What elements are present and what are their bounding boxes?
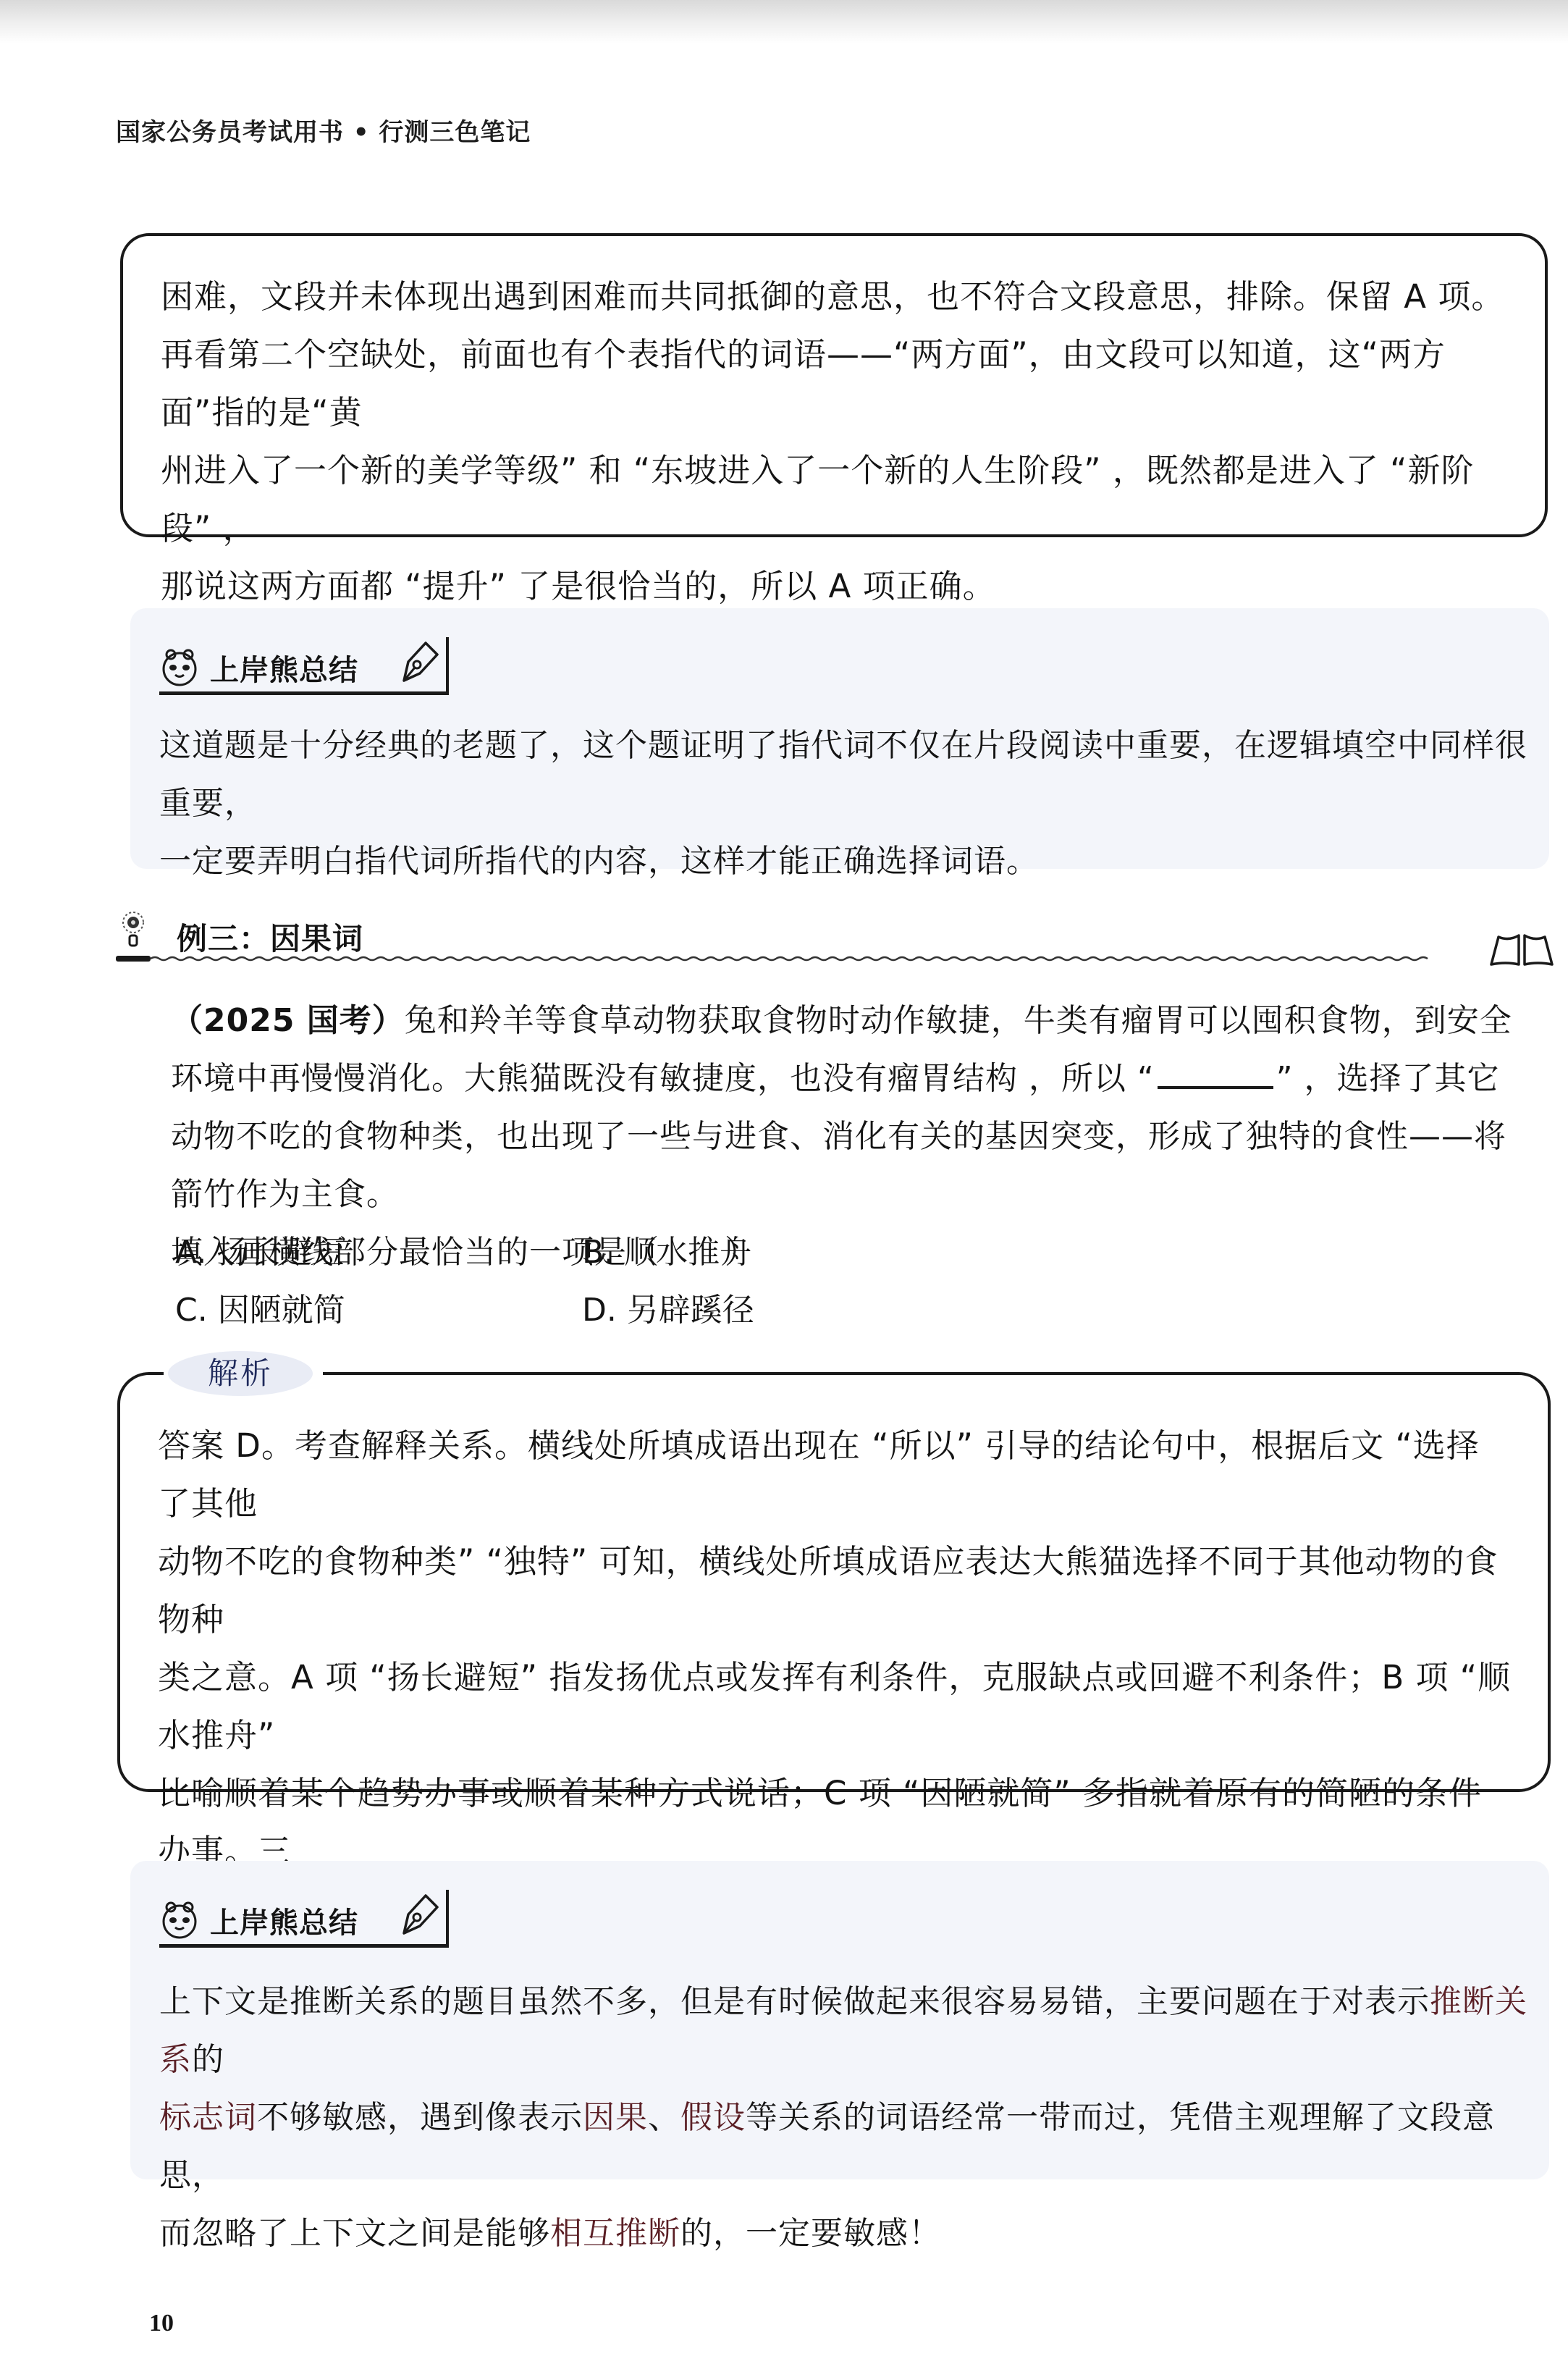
example-title: 例三：因果词 <box>177 915 363 959</box>
wavy-divider <box>116 953 1499 964</box>
summary-text: 一定要弄明白指代词所指代的内容，这样才能正确选择词语。 <box>159 843 1039 880</box>
option-b: B. 顺水推舟 <box>582 1224 751 1282</box>
analysis-line: 类之意。A 项 “扬长避短” 指发扬优点或发挥有利条件，克服缺点或回避不利条件；… <box>158 1649 1512 1765</box>
summary-title: 上岸熊总结 <box>210 1900 358 1941</box>
option-d: D. 另辟蹊径 <box>582 1282 754 1339</box>
summary-line: 标志词不够敏感，遇到像表示因果、假设等关系的词语经常一带而过，凭借主观理解了文段… <box>159 2089 1535 2205</box>
summary-title-bar: 上岸熊总结 <box>159 1890 449 1948</box>
highlighted-term: 假设 <box>680 2099 746 2136</box>
analysis-line: 动物不吃的食物种类” “独特” 可知，横线处所填成语应表达大熊猫选择不同于其他动… <box>158 1533 1512 1649</box>
fountain-pen-icon <box>398 1891 442 1936</box>
summary-text: 的 <box>192 2041 224 2078</box>
explanation-box-continued: 困难，文段并未体现出遇到困难而共同抵御的意思，也不符合文段意思，排除。保留 A … <box>120 233 1548 537</box>
summary-text: 上下文是推断关系的题目虽然不多，但是有时候做起来很容易易错，主要问题在于对表示 <box>159 1983 1430 2020</box>
highlighted-term: 标志词 <box>159 2099 257 2136</box>
bear-icon <box>159 1898 200 1939</box>
fountain-pen-icon <box>398 639 442 684</box>
bear-icon <box>159 646 200 686</box>
summary-line: 这道题是十分经典的老题了，这个题证明了指代词不仅在片段阅读中重要，在逻辑填空中同… <box>159 717 1535 833</box>
summary-title-bar: 上岸熊总结 <box>159 637 449 695</box>
bear-summary-2: 上岸熊总结 上下文是推断关系的题目虽然不多，但是有时候做起来很容易易错，主要问题… <box>130 1861 1549 2179</box>
summary-body: 上下文是推断关系的题目虽然不多，但是有时候做起来很容易易错，主要问题在于对表示推… <box>159 1973 1535 2263</box>
page-top-shadow <box>0 0 1568 43</box>
summary-body: 这道题是十分经典的老题了，这个题证明了指代词不仅在片段阅读中重要，在逻辑填空中同… <box>159 717 1535 891</box>
summary-line: 上下文是推断关系的题目虽然不多，但是有时候做起来很容易易错，主要问题在于对表示推… <box>159 1973 1535 2089</box>
bear-summary-1: 上岸熊总结 这道题是十分经典的老题了，这个题证明了指代词不仅在片段阅读中重要，在… <box>130 608 1549 869</box>
analysis-box: 答案 D。考查解释关系。横线处所填成语出现在 “所以” 引导的结论句中，根据后文… <box>117 1372 1551 1792</box>
open-book-icon <box>1488 933 1555 966</box>
summary-text: 而忽略了上下文之间是能够 <box>159 2215 550 2252</box>
summary-text: 不够敏感，遇到像表示 <box>257 2099 583 2136</box>
question-prompt: 填入画横线部分最恰当的一项是（ ） <box>171 1224 1517 1282</box>
summary-title: 上岸熊总结 <box>210 647 358 689</box>
explanation-line: 困难，文段并未体现出遇到困难而共同抵御的意思，也不符合文段意思，排除。保留 A … <box>161 268 1509 326</box>
explanation-line: 再看第二个空缺处，前面也有个表指代的词语——“两方面”，由文段可以知道，这“两方… <box>161 326 1509 442</box>
summary-line: 一定要弄明白指代词所指代的内容，这样才能正确选择词语。 <box>159 833 1535 891</box>
page-number: 10 <box>149 2310 174 2337</box>
analysis-tag: 解析 <box>168 1351 313 1396</box>
example-heading: 例三：因果词 <box>116 909 1549 967</box>
highlighted-term: 因果 <box>583 2099 648 2136</box>
question-stem: （2025 国考）兔和羚羊等食草动物获取食物时动作敏捷，牛类有瘤胃可以囤积食物，… <box>171 992 1517 1282</box>
highlighted-term: 相互推断 <box>550 2215 680 2252</box>
explanation-line: 州进入了一个新的美学等级” 和 “东坡进入了一个新的人生阶段” ，既然都是进入了… <box>161 442 1509 558</box>
summary-line: 而忽略了上下文之间是能够相互推断的，一定要敏感！ <box>159 2205 1535 2263</box>
explanation-line: 那说这两方面都 “提升” 了是很恰当的，所以 A 项正确。 <box>161 558 1509 615</box>
question-source: （2025 国考） <box>171 1002 405 1039</box>
summary-text: 的，一定要敏感！ <box>680 2215 941 2252</box>
summary-text: 、 <box>648 2099 680 2136</box>
analysis-line: 答案 D。考查解释关系。横线处所填成语出现在 “所以” 引导的结论句中，根据后文… <box>158 1417 1512 1533</box>
running-header: 国家公务员考试用书 • 行测三色笔记 <box>116 112 531 148</box>
summary-text: 这道题是十分经典的老题了，这个题证明了指代词不仅在片段阅读中重要，在逻辑填空中同… <box>159 727 1527 822</box>
option-c: C. 因陋就简 <box>175 1282 345 1339</box>
option-a: A. 扬长避短 <box>175 1224 344 1282</box>
answer-blank <box>1158 1064 1273 1089</box>
